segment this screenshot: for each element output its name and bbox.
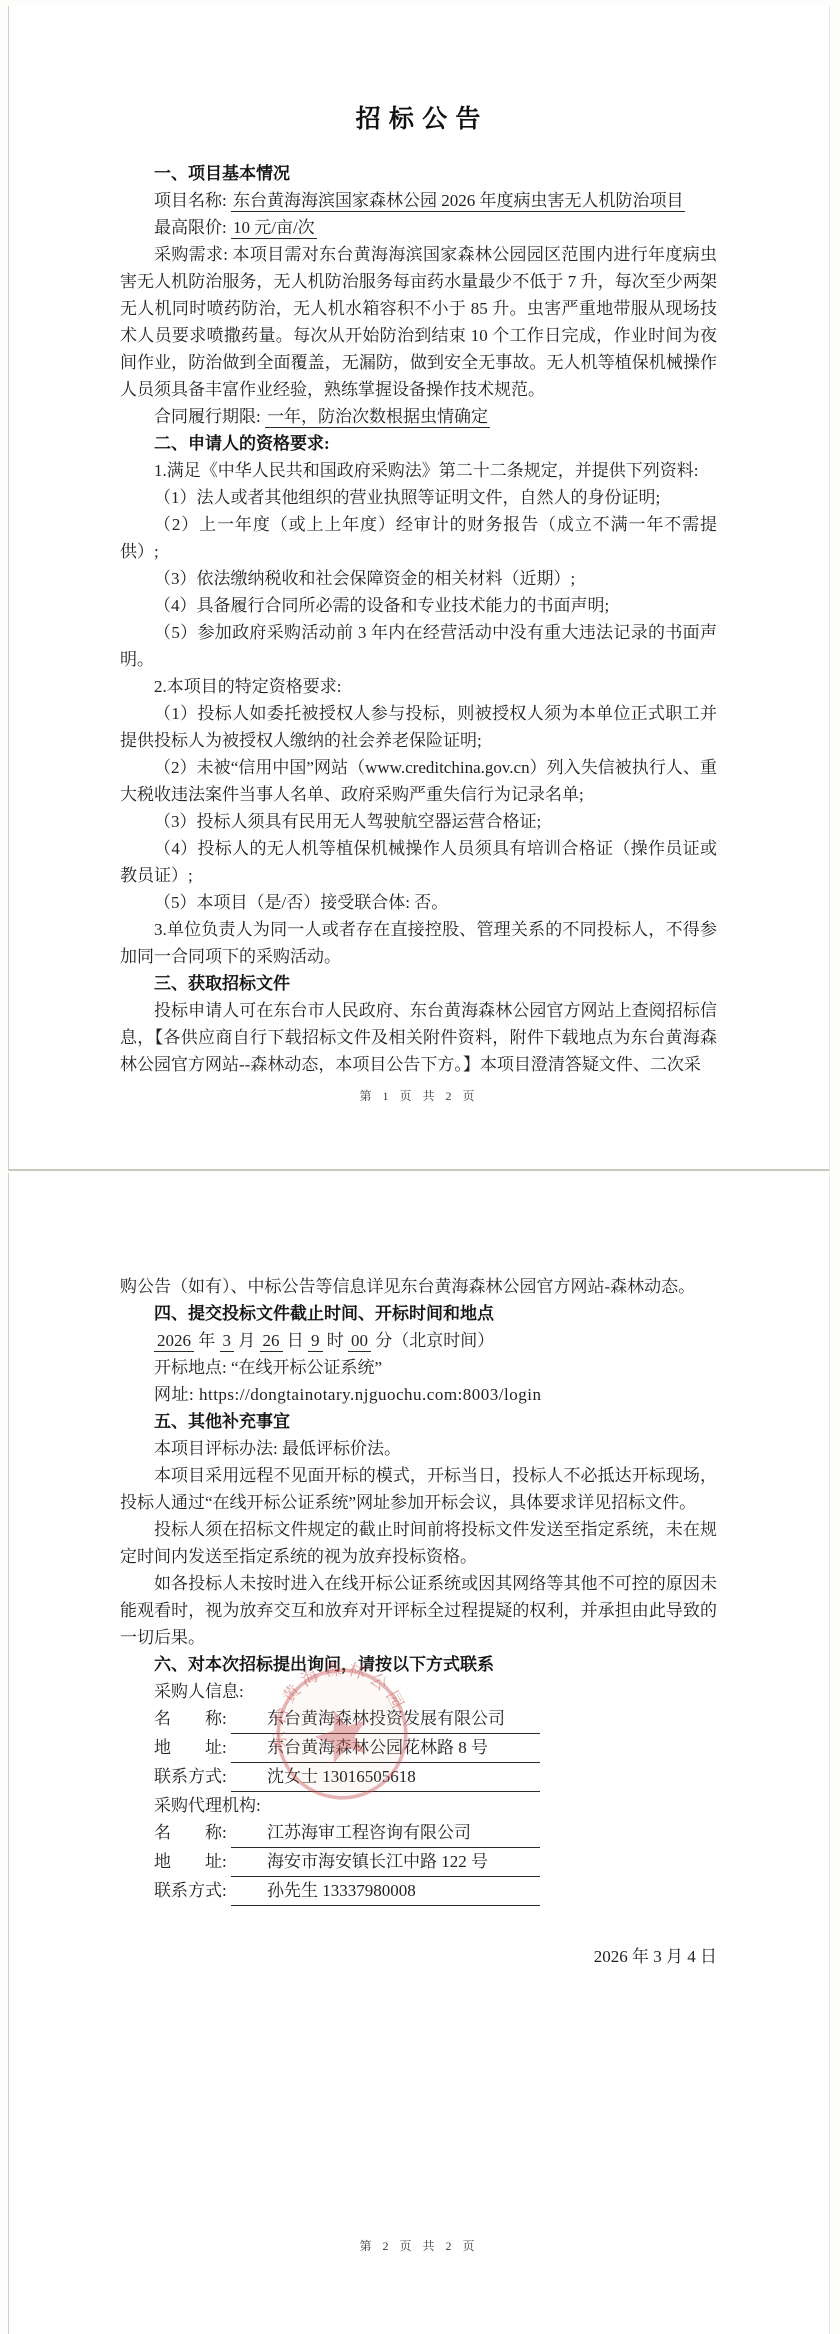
open-minute-unit: 分（北京时间）	[371, 1331, 494, 1350]
section-6-heading: 六、对本次招标提出询问，请按以下方式联系	[120, 1651, 717, 1678]
open-place-line: 开标地点: “在线开标公证系统”	[120, 1354, 717, 1381]
purchaser-contact-label: 联系方式:	[154, 1767, 227, 1786]
project-name-value: 东台黄海海滨国家森林公园 2026 年度病虫害无人机防治项目	[231, 191, 686, 212]
section-2-heading: 二、申请人的资格要求:	[120, 430, 717, 457]
supplement-para: 本项目评标办法: 最低评标价法。	[120, 1435, 717, 1462]
qualification-3-para: 3.单位负责人为同一人或者存在直接控股、管理关系的不同投标人，不得参加同一合同项…	[120, 916, 717, 970]
purchaser-addr-value: 东台黄海森林公园花林路 8 号	[231, 1734, 540, 1763]
section-3-heading: 三、获取招标文件	[120, 970, 717, 997]
project-name-line: 项目名称: 东台黄海海滨国家森林公园 2026 年度病虫害无人机防治项目	[120, 187, 717, 214]
open-minute: 00	[348, 1331, 371, 1352]
qualification-2-item: （5）本项目（是/否）接受联合体: 否。	[120, 889, 717, 916]
max-price-label: 最高限价:	[154, 218, 227, 237]
purchaser-addr-label: 地 址:	[154, 1738, 227, 1757]
purchaser-contact-value: 沈女士 13016505618	[231, 1763, 540, 1792]
supplement-para: 本项目采用远程不见面开标的模式，开标当日，投标人不必抵达开标现场，投标人通过“在…	[120, 1462, 717, 1516]
section-4-heading: 四、提交投标文件截止时间、开标时间和地点	[120, 1300, 717, 1327]
document-viewer: 招 标 公 告 一、项目基本情况 项目名称: 东台黄海海滨国家森林公园 2026…	[0, 0, 840, 2334]
qualification-2-intro: 2.本项目的特定资格要求:	[120, 673, 717, 700]
open-time-line: 2026 年 3 月 26 日 9 时 00 分（北京时间）	[120, 1327, 717, 1354]
agency-info-heading: 采购代理机构:	[120, 1792, 717, 1819]
open-day: 26	[260, 1331, 283, 1352]
agency-name-line: 名 称: 江苏海审工程咨询有限公司	[120, 1819, 717, 1848]
qualification-2-item: （3）投标人须具有民用无人驾驶航空器运营合格证;	[120, 808, 717, 835]
purchaser-name-line: 名 称: 东台黄海森林投资发展有限公司	[120, 1705, 717, 1734]
contract-term-value: 一年，防治次数根据虫情确定	[265, 407, 490, 428]
agency-contact-line: 联系方式: 孙先生 13337980008	[120, 1877, 717, 1906]
document-title-text: 招 标 公 告	[356, 106, 482, 133]
open-hour: 9	[308, 1331, 323, 1352]
page-1: 招 标 公 告 一、项目基本情况 项目名称: 东台黄海海滨国家森林公园 2026…	[8, 6, 830, 1171]
qualification-1-intro: 1.满足《中华人民共和国政府采购法》第二十二条规定，并提供下列资料:	[120, 457, 717, 484]
purchaser-name-value: 东台黄海森林投资发展有限公司	[231, 1705, 540, 1734]
open-hour-unit: 时	[323, 1331, 349, 1350]
open-month-unit: 月	[234, 1331, 260, 1350]
agency-contact-value: 孙先生 13337980008	[231, 1877, 540, 1906]
document-title: 招 标 公 告	[120, 103, 717, 137]
open-month: 3	[220, 1331, 235, 1352]
procurement-requirements-para: 采购需求: 本项目需对东台黄海海滨国家森林公园园区范围内进行年度病虫害无人机防治…	[120, 241, 717, 403]
open-url-line: 网址: https://dongtainotary.njguochu.com:8…	[120, 1381, 717, 1408]
agency-name-value: 江苏海审工程咨询有限公司	[231, 1819, 540, 1848]
section-5-heading: 五、其他补充事宜	[120, 1408, 717, 1435]
contract-term-line: 合同履行期限: 一年，防治次数根据虫情确定	[120, 403, 717, 430]
qualification-1-item: （5）参加政府采购活动前 3 年内在经营活动中没有重大违法记录的书面声明。	[120, 619, 717, 673]
agency-addr-value: 海安市海安镇长江中路 122 号	[231, 1848, 540, 1877]
qualification-1-item: （3）依法缴纳税收和社会保障资金的相关材料（近期）;	[120, 565, 717, 592]
page-2: 购公告（如有）、中标公告等信息详见东台黄海森林公园官方网站-森林动态。 四、提交…	[8, 1173, 830, 2334]
purchaser-addr-line: 地 址: 东台黄海森林公园花林路 8 号	[120, 1734, 717, 1763]
supplement-para: 投标人须在招标文件规定的截止时间前将投标文件发送至指定系统，未在规定时间内发送至…	[120, 1516, 717, 1570]
continued-para: 购公告（如有）、中标公告等信息详见东台黄海森林公园官方网站-森林动态。	[120, 1273, 717, 1300]
page-1-footer: 第 1 页 共 2 页	[9, 1087, 829, 1104]
page-2-content: 购公告（如有）、中标公告等信息详见东台黄海森林公园官方网站-森林动态。 四、提交…	[9, 1173, 829, 1970]
qualification-1-item: （4）具备履行合同所必需的设备和专业技术能力的书面声明;	[120, 592, 717, 619]
qualification-2-item: （2）未被“信用中国”网站（www.creditchina.gov.cn）列入失…	[120, 754, 717, 808]
max-price-line: 最高限价: 10 元/亩/次	[120, 214, 717, 241]
open-year-unit: 年	[194, 1331, 220, 1350]
open-year: 2026	[154, 1331, 194, 1352]
obtain-documents-para: 投标申请人可在东台市人民政府、东台黄海森林公园官方网站上查阅招标信息，【各供应商…	[120, 997, 717, 1078]
max-price-value: 10 元/亩/次	[231, 218, 317, 239]
purchaser-contact-line: 联系方式: 沈女士 13016505618	[120, 1763, 717, 1792]
qualification-1-item: （2）上一年度（或上上年度）经审计的财务报告（成立不满一年不需提供）;	[120, 511, 717, 565]
project-name-label: 项目名称:	[154, 191, 227, 210]
section-1-heading: 一、项目基本情况	[120, 160, 717, 187]
agency-addr-label: 地 址:	[154, 1852, 227, 1871]
agency-contact-label: 联系方式:	[154, 1881, 227, 1900]
page-2-footer: 第 2 页 共 2 页	[9, 2237, 829, 2254]
supplement-para: 如各投标人未按时进入在线开标公证系统或因其网络等其他不可控的原因未能观看时，视为…	[120, 1570, 717, 1651]
signature-date: 2026 年 3 月 4 日	[120, 1943, 717, 1970]
qualification-2-item: （4）投标人的无人机等植保机械操作人员须具有培训合格证（操作员证或教员证）;	[120, 835, 717, 889]
qualification-2-item: （1）投标人如委托被授权人参与投标，则被授权人须为本单位正式职工并提供投标人为被…	[120, 700, 717, 754]
agency-name-label: 名 称:	[154, 1823, 227, 1842]
purchaser-name-label: 名 称:	[154, 1709, 227, 1728]
agency-addr-line: 地 址: 海安市海安镇长江中路 122 号	[120, 1848, 717, 1877]
contract-term-label: 合同履行期限:	[154, 407, 261, 426]
page-1-content: 招 标 公 告 一、项目基本情况 项目名称: 东台黄海海滨国家森林公园 2026…	[9, 6, 829, 1078]
purchaser-info-heading: 采购人信息:	[120, 1678, 717, 1705]
open-day-unit: 日	[283, 1331, 309, 1350]
qualification-1-item: （1）法人或者其他组织的营业执照等证明文件，自然人的身份证明;	[120, 484, 717, 511]
